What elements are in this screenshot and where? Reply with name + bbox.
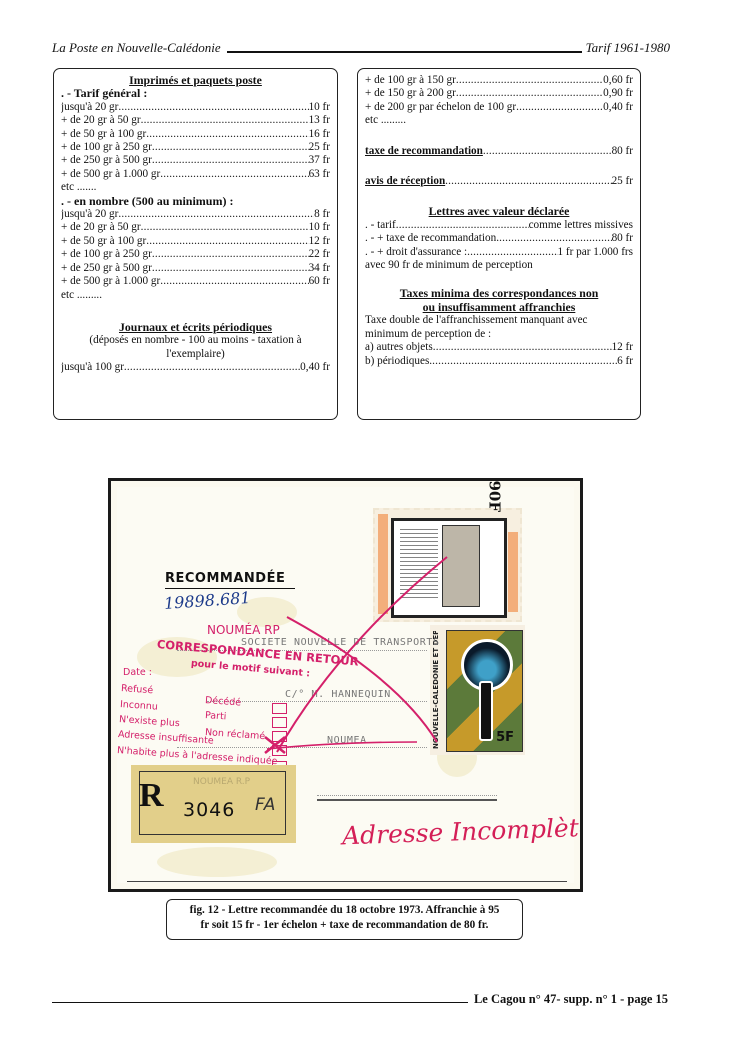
tariff-row: + de 250 gr à 500 gr34 fr — [61, 262, 330, 275]
tariff-row: + de 50 gr à 100 gr16 fr — [61, 128, 330, 141]
tariff-row: + de 100 gr à 150 gr0,60 fr — [365, 74, 633, 87]
running-header: La Poste en Nouvelle-Calédonie Tarif 196… — [52, 38, 670, 56]
registration-suffix: FA — [255, 795, 275, 815]
footer-text: Le Cagou n° 47- supp. n° 1 - page 15 — [474, 992, 668, 1007]
tariff-row: + de 20 gr à 50 gr10 fr — [61, 221, 330, 234]
tariff-row: + de 100 gr à 250 gr22 fr — [61, 248, 330, 261]
general-tariff-list: jusqu'à 20 gr10 fr+ de 20 gr à 50 gr13 f… — [61, 101, 330, 181]
bulk-tariff-list: jusqu'à 20 gr8 fr+ de 20 gr à 50 gr10 fr… — [61, 208, 330, 288]
registration-office: NOUMEA R.P — [193, 777, 250, 787]
header-left-title: La Poste en Nouvelle-Calédonie — [52, 40, 221, 56]
tariff-row: jusqu'à 20 gr8 fr — [61, 208, 330, 221]
footer-rule — [52, 1002, 468, 1003]
registered-letter-image: RECOMMANDÉE 19898.681 90F NOUVELLE-CALED… — [108, 478, 583, 892]
tariff-row: + de 100 gr à 250 gr25 fr — [61, 141, 330, 154]
subsection-heading: . - en nombre (500 au minimum) : — [61, 195, 330, 208]
tariff-row: jusqu'à 100 gr 0,40 fr — [61, 361, 330, 374]
tariff-row: + de 150 gr à 200 gr0,90 fr — [365, 87, 633, 100]
tariff-row: + de 50 gr à 100 gr12 fr — [61, 235, 330, 248]
header-rule — [227, 51, 582, 53]
printed-matter-tariff-box: Imprimés et paquets poste . - Tarif géné… — [53, 68, 338, 420]
page-footer: Le Cagou n° 47- supp. n° 1 - page 15 — [52, 992, 668, 1007]
section-title: ou insuffisamment affranchies — [365, 301, 633, 314]
tariff-row: + de 500 gr à 1.000 gr63 fr — [61, 168, 330, 181]
minima-text: Taxe double de l'affranchissement manqua… — [365, 314, 633, 341]
tariff-row: . - tarifcomme lettres missives — [365, 219, 633, 232]
etc-text: etc ......... — [61, 289, 330, 302]
section-title: Lettres avec valeur déclarée — [365, 205, 633, 218]
registration-letter: R — [139, 777, 164, 815]
tariff-row: + de 200 gr par échelon de 100 gr0,40 fr — [365, 101, 633, 114]
section-title: Imprimés et paquets poste — [61, 74, 330, 87]
registration-label: R NOUMEA R.P 3046 FA — [131, 765, 296, 843]
tariff-row: + de 250 gr à 500 gr37 fr — [61, 154, 330, 167]
declared-value-note: avec 90 fr de minimum de perception — [365, 259, 633, 272]
header-right-title: Tarif 1961-1980 — [586, 40, 670, 56]
journals-note: (déposés en nombre - 100 au moins - taxa… — [61, 334, 330, 361]
tariff-row-recommandation: taxe de recommandation 80 fr — [365, 145, 633, 158]
minima-list: a) autres objets12 frb) périodiques.6 fr — [365, 341, 633, 368]
tariff-row-avis: avis de réception 25 fr — [365, 175, 633, 188]
weight-tariff-list: + de 100 gr à 150 gr0,60 fr+ de 150 gr à… — [365, 74, 633, 114]
tariff-row: + de 20 gr à 50 gr13 fr — [61, 114, 330, 127]
envelope-surface: RECOMMANDÉE 19898.681 90F NOUVELLE-CALED… — [117, 487, 574, 883]
tariff-row: . - + taxe de recommandation80 fr — [365, 232, 633, 245]
tariff-row: jusqu'à 20 gr10 fr — [61, 101, 330, 114]
tariff-row: a) autres objets12 fr — [365, 341, 633, 354]
letters-tariff-box: + de 100 gr à 150 gr0,60 fr+ de 150 gr à… — [357, 68, 641, 420]
declared-value-list: . - tarifcomme lettres missives. - + tax… — [365, 219, 633, 259]
registration-number: 3046 — [183, 799, 235, 821]
etc-text: etc ....... — [61, 181, 330, 194]
caption-line-1: fig. 12 - Lettre recommandée du 18 octob… — [167, 903, 522, 918]
etc-text: etc ......... — [365, 114, 633, 127]
tariff-row: + de 500 gr à 1.000 gr60 fr — [61, 275, 330, 288]
tariff-row: b) périodiques.6 fr — [365, 355, 633, 368]
figure-caption: fig. 12 - Lettre recommandée du 18 octob… — [166, 899, 523, 940]
section-title: Taxes minima des correspondances non — [365, 287, 633, 300]
section-title: Journaux et écrits périodiques — [61, 321, 330, 334]
caption-line-2: fr soit 15 fr - 1er échelon + taxe de re… — [167, 918, 522, 933]
subsection-heading: . - Tarif général : — [61, 87, 330, 100]
tariff-row: . - + droit d'assurance :1 fr par 1.000 … — [365, 246, 633, 259]
